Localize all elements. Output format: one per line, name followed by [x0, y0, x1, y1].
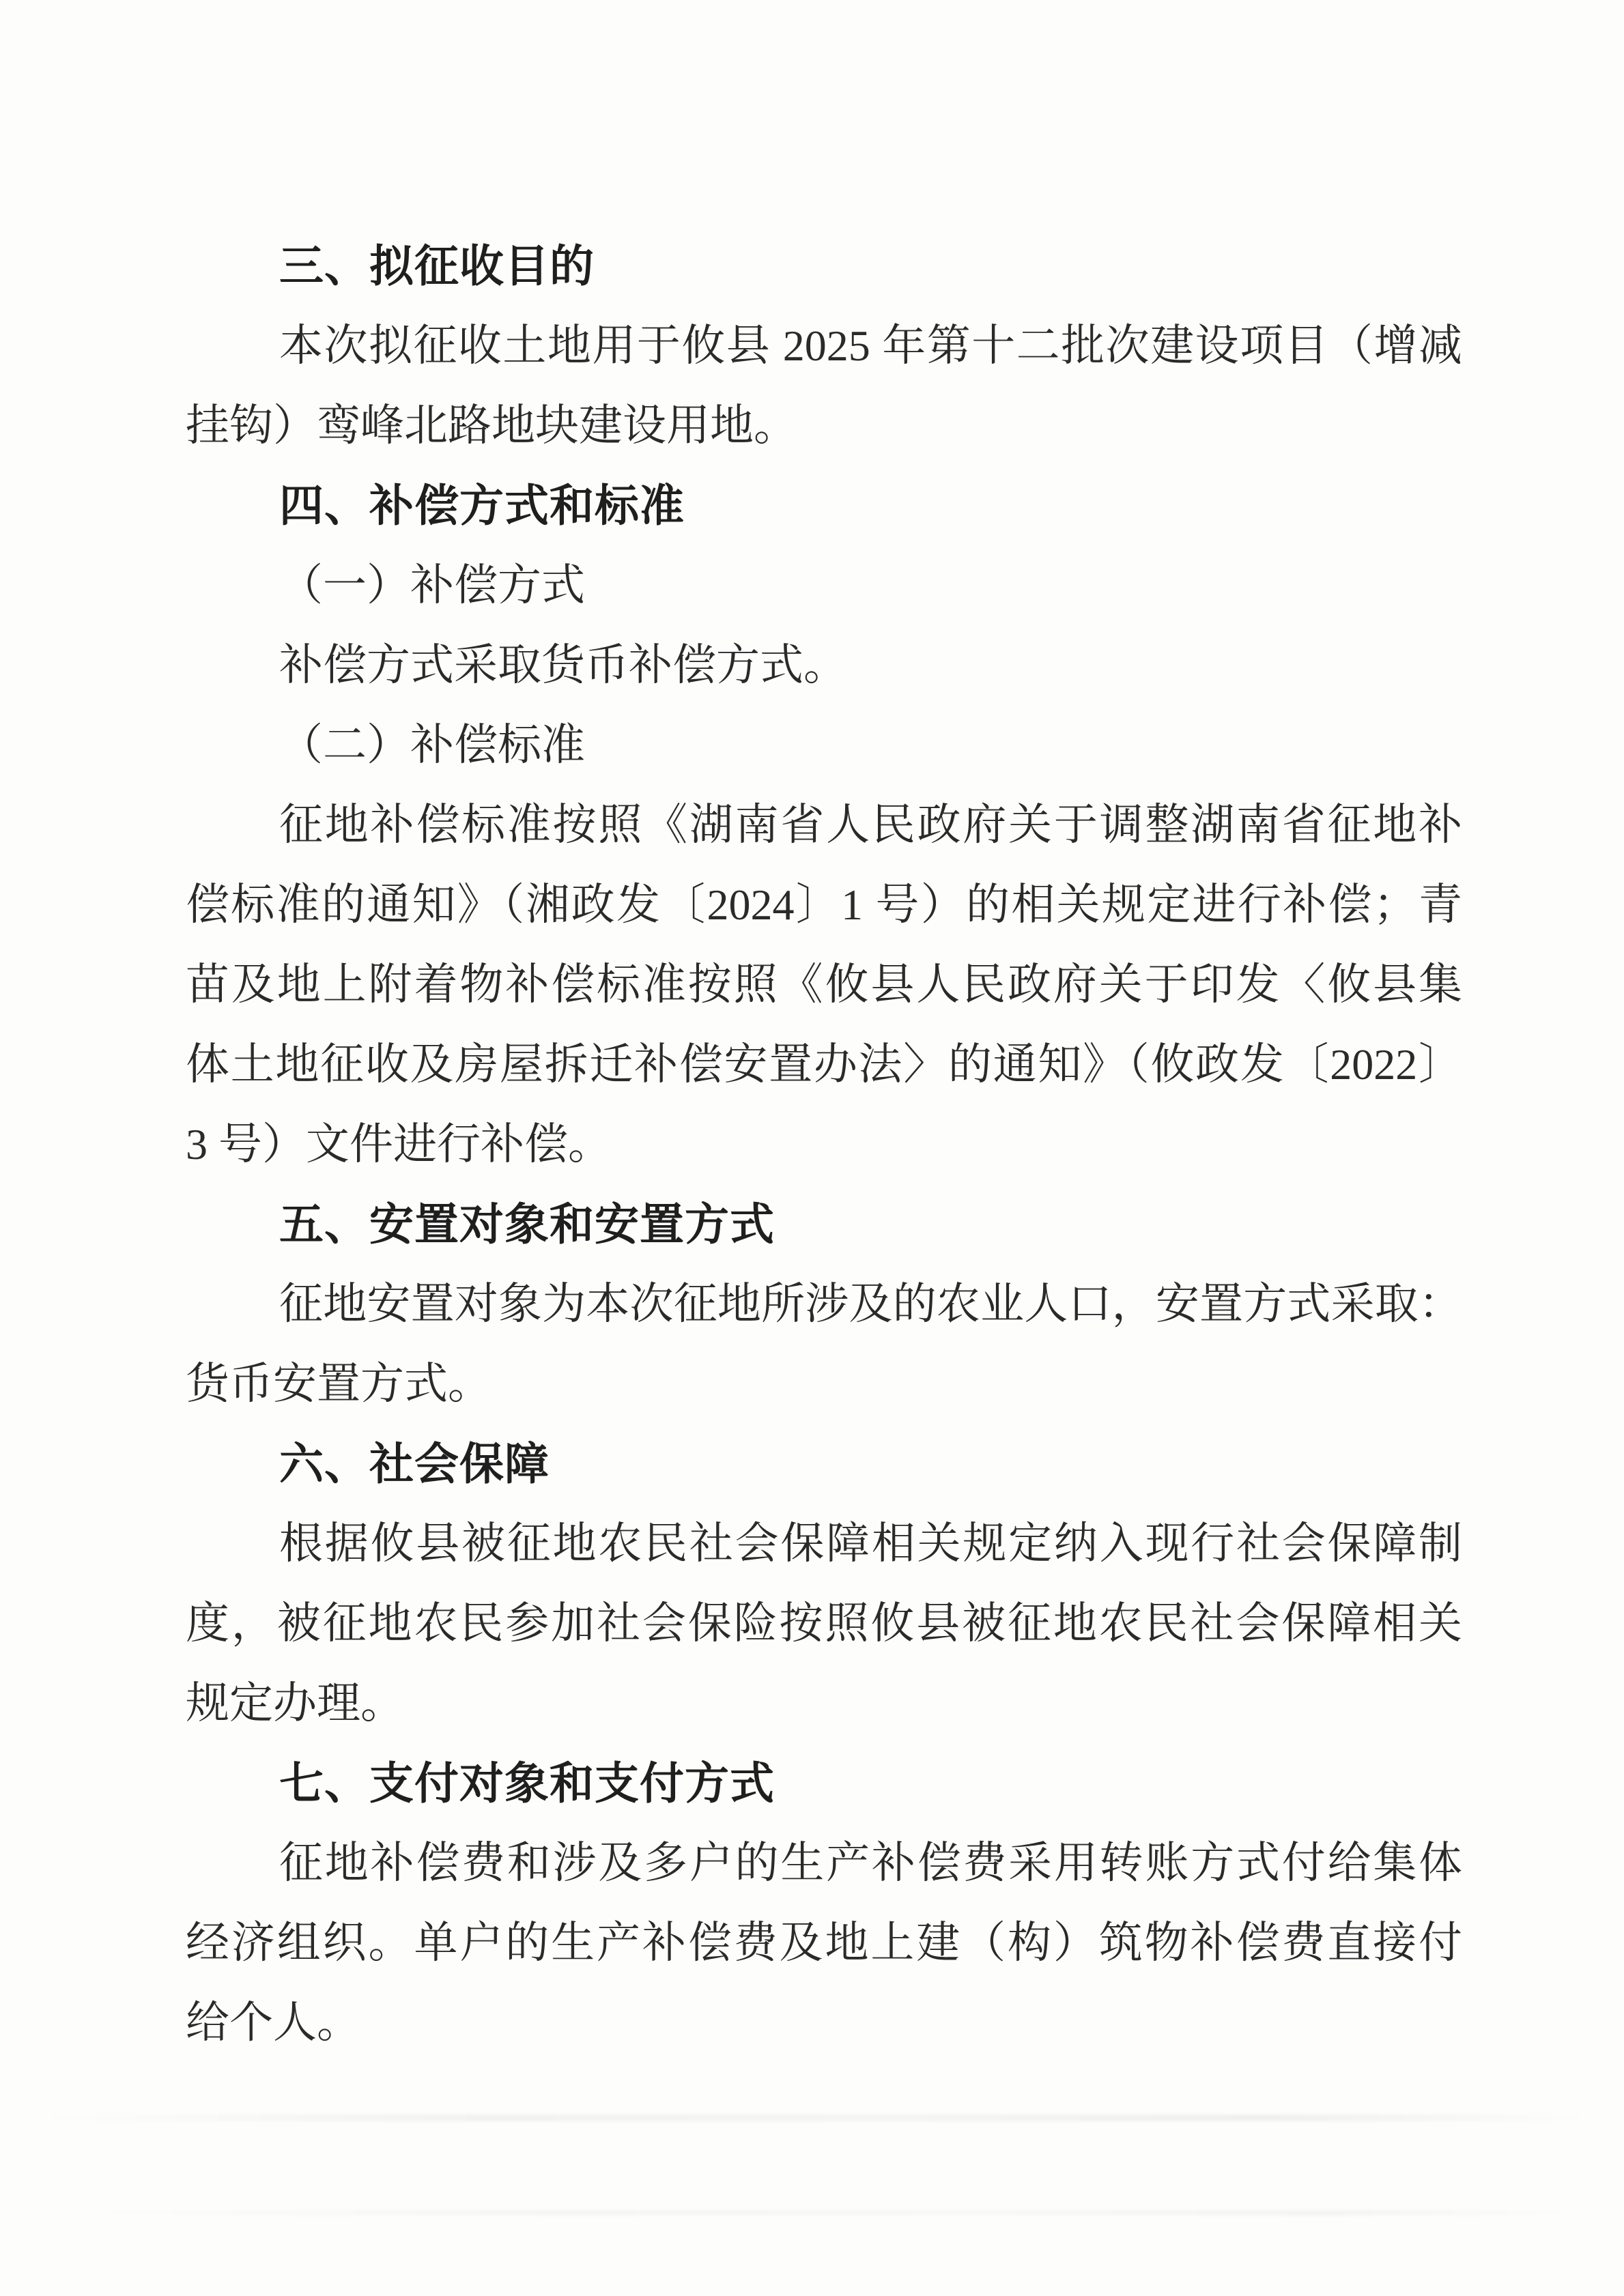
paragraph-line: 苗及地上附着物补偿标准按照《攸县人民政府关于印发〈攸县集 — [186, 945, 1462, 1024]
paragraph-line: 补偿方式采取货币补偿方式。 — [186, 625, 1462, 705]
section-heading-6: 六、社会保障 — [186, 1424, 1462, 1504]
paragraph-line: 征地补偿标准按照《湖南省人民政府关于调整湖南省征地补 — [186, 785, 1462, 865]
paragraph-line: 征地安置对象为本次征地所涉及的农业人口，安置方式采取： — [186, 1264, 1462, 1344]
section-heading-3: 三、拟征收目的 — [186, 226, 1462, 306]
paragraph-line: 给个人。 — [186, 1983, 1462, 2063]
paragraph-line: 货币安置方式。 — [186, 1344, 1462, 1424]
subsection-heading-4-2: （二）补偿标准 — [186, 705, 1462, 785]
paragraph-line: 3 号）文件进行补偿。 — [186, 1104, 1462, 1184]
scan-artifact — [0, 2210, 1624, 2215]
paragraph-line: 规定办理。 — [186, 1663, 1462, 1743]
paragraph-line: 度，被征地农民参加社会保险按照攸县被征地农民社会保障相关 — [186, 1583, 1462, 1663]
scan-artifact — [0, 2114, 1624, 2121]
paragraph-line: 本次拟征收土地用于攸县 2025 年第十二批次建设项目（增减 — [186, 306, 1462, 386]
subsection-heading-4-1: （一）补偿方式 — [186, 545, 1462, 625]
paragraph-line: 征地补偿费和涉及多户的生产补偿费采用转账方式付给集体 — [186, 1823, 1462, 1903]
paragraph-line: 体土地征收及房屋拆迁补偿安置办法〉的通知》（攸政发〔2022〕 — [186, 1024, 1462, 1104]
paragraph-line: 偿标准的通知》（湘政发〔2024〕1 号）的相关规定进行补偿；青 — [186, 865, 1462, 945]
document-text-block: 三、拟征收目的 本次拟征收土地用于攸县 2025 年第十二批次建设项目（增减 挂… — [186, 226, 1462, 2063]
paragraph-line: 经济组织。单户的生产补偿费及地上建（构）筑物补偿费直接付 — [186, 1903, 1462, 1983]
section-heading-7: 七、支付对象和支付方式 — [186, 1743, 1462, 1823]
section-heading-4: 四、补偿方式和标准 — [186, 465, 1462, 545]
scanned-document-page: 三、拟征收目的 本次拟征收土地用于攸县 2025 年第十二批次建设项目（增减 挂… — [0, 0, 1624, 2296]
paragraph-line: 根据攸县被征地农民社会保障相关规定纳入现行社会保障制 — [186, 1504, 1462, 1583]
paragraph-line: 挂钩）鸾峰北路地块建设用地。 — [186, 386, 1462, 465]
section-heading-5: 五、安置对象和安置方式 — [186, 1184, 1462, 1264]
